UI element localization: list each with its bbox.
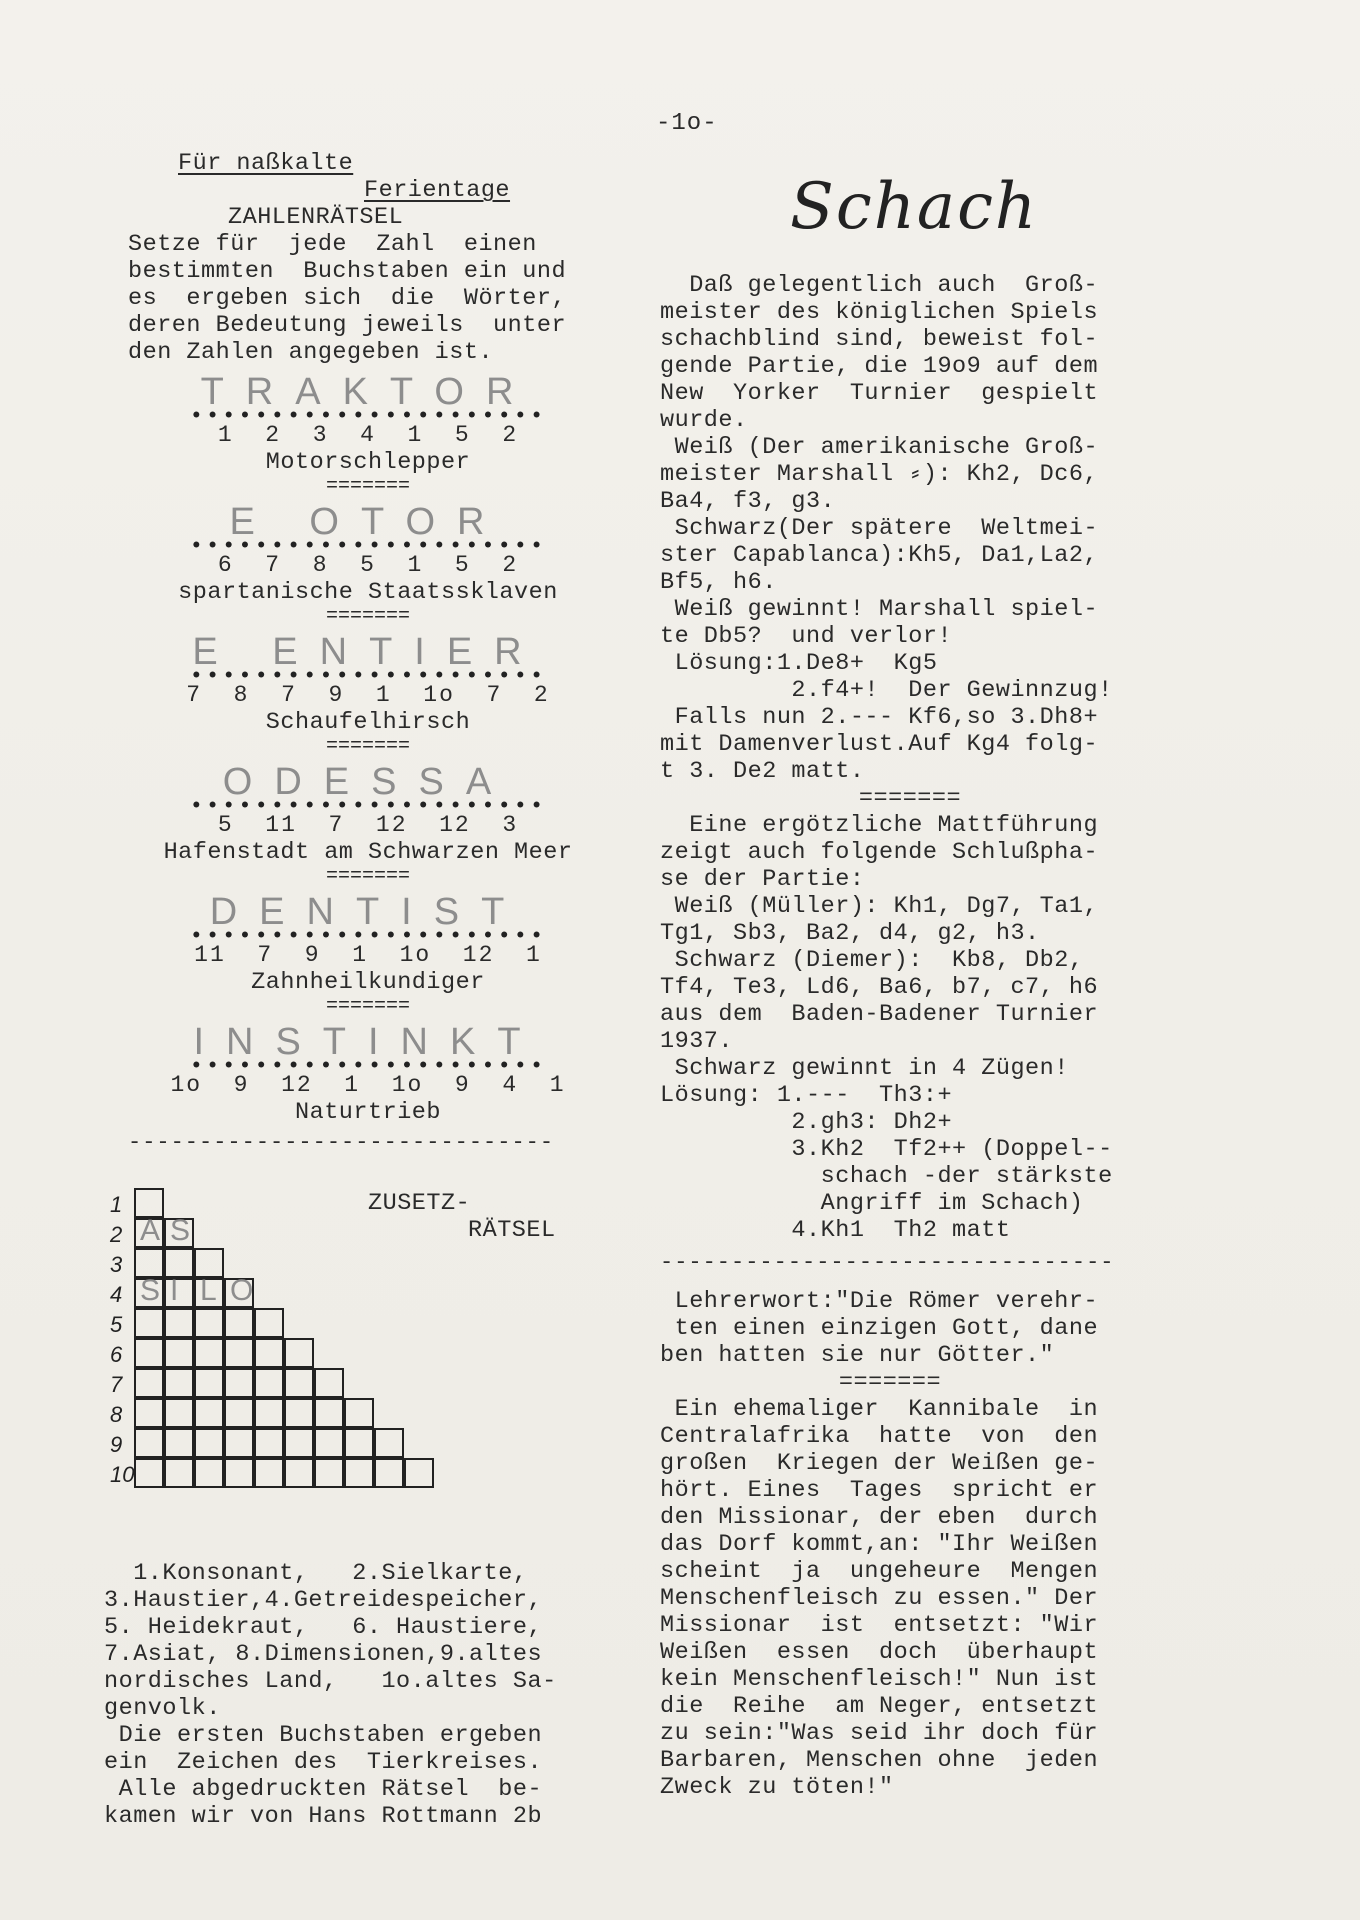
number-puzzle: E ENTIER••••••••••••••••••••••7 8 7 9 1 …	[158, 632, 578, 758]
chess-article-2: Eine ergötzliche Mattführungzeigt auch f…	[660, 812, 1180, 1244]
separator: =======	[720, 785, 1100, 812]
grid-cell[interactable]	[374, 1428, 404, 1458]
grid-cell[interactable]	[314, 1368, 344, 1398]
grid-cell[interactable]	[164, 1308, 194, 1338]
text-line: se der Partie:	[660, 866, 1180, 893]
text-line: die Reihe am Neger, entsetzt	[660, 1693, 1180, 1720]
text-line: 1937.	[660, 1028, 1180, 1055]
grid-cell[interactable]	[254, 1428, 284, 1458]
text-line: 2.gh3: Dh2+	[660, 1109, 1180, 1136]
grid-cell[interactable]	[314, 1428, 344, 1458]
separator: =======	[158, 866, 578, 888]
grid-cell[interactable]	[344, 1428, 374, 1458]
text-line: zu sein:"Was seid ihr doch für	[660, 1720, 1180, 1747]
text-line: 3.Kh2 Tf2++ (Doppel--	[660, 1136, 1180, 1163]
grid-cell[interactable]	[224, 1368, 254, 1398]
text-line: 3.Haustier,4.Getreidespeicher,	[104, 1587, 624, 1614]
text-line: Tf4, Te3, Ld6, Ba6, b7, c7, h6	[660, 974, 1180, 1001]
section-divider: --------------------------------	[660, 1250, 1180, 1276]
text-line: t 3. De2 matt.	[660, 758, 1180, 785]
number-code: 7 8 7 9 1 1o 7 2	[158, 682, 578, 709]
text-line: ster Capablanca):Kh5, Da1,La2,	[660, 542, 1180, 569]
text-line: nordisches Land, 1o.altes Sa-	[104, 1668, 624, 1695]
joke-kannibale: Ein ehemaliger Kannibale inCentralafrika…	[660, 1396, 1180, 1801]
grid-cell[interactable]	[164, 1278, 194, 1308]
text-line: Menschenfleisch zu essen." Der	[660, 1585, 1180, 1612]
text-line: New Yorker Turnier gespielt	[660, 380, 1180, 407]
clue: spartanische Staatssklaven	[158, 579, 578, 606]
grid-cell[interactable]	[344, 1458, 374, 1488]
left-column: Für naßkalte Ferientage ZAHLENRÄTSEL Set…	[128, 150, 638, 1156]
grid-cell[interactable]	[314, 1398, 344, 1428]
number-code: 6 7 8 5 1 5 2	[158, 552, 578, 579]
text-line: 5. Heidekraut, 6. Haustiere,	[104, 1614, 624, 1641]
page-number: -1o-	[656, 110, 718, 137]
text-line: das Dorf kommt,an: "Ihr Weißen	[660, 1531, 1180, 1558]
text-line: Ein ehemaliger Kannibale in	[660, 1396, 1180, 1423]
puzzle-intro: Setze für jede Zahl einenbestimmten Buch…	[128, 231, 638, 366]
grid-cell[interactable]	[254, 1458, 284, 1488]
grid-row-label: 3	[110, 1252, 130, 1278]
number-puzzle: E OTOR••••••••••••••••••••••6 7 8 5 1 5 …	[158, 502, 578, 628]
separator: =======	[158, 606, 578, 628]
grid-cell[interactable]	[164, 1338, 194, 1368]
text-line: meister Marshall ⸗): Kh2, Dc6,	[660, 461, 1180, 488]
text-line: Die ersten Buchstaben ergeben	[104, 1722, 624, 1749]
text-line: te Db5? und verlor!	[660, 623, 1180, 650]
number-code: 5 11 7 12 12 3	[158, 812, 578, 839]
dotted-answer-line: ••••••••••••••••••••••	[158, 542, 578, 552]
clue: Zahnheilkundiger	[158, 969, 578, 996]
grid-cell[interactable]	[224, 1338, 254, 1368]
number-code: 1 2 3 4 1 5 2	[158, 422, 578, 449]
grid-cell[interactable]	[374, 1458, 404, 1488]
grid-cell[interactable]	[224, 1398, 254, 1428]
grid-cell[interactable]	[224, 1458, 254, 1488]
grid-cell[interactable]	[254, 1368, 284, 1398]
grid-cell[interactable]	[194, 1368, 224, 1398]
text-line: Barbaren, Menschen ohne jeden	[660, 1747, 1180, 1774]
text-line: Weiß (Der amerikanische Groß-	[660, 434, 1180, 461]
text-line: 2.f4+! Der Gewinnzug!	[660, 677, 1180, 704]
text-line: bestimmten Buchstaben ein und	[128, 258, 638, 285]
grid-cell[interactable]	[134, 1338, 164, 1368]
text-line: den Zahlen angegeben ist.	[128, 339, 638, 366]
text-line: zeigt auch folgende Schlußpha-	[660, 839, 1180, 866]
separator: =======	[158, 736, 578, 758]
text-line: Lösung:1.De8+ Kg5	[660, 650, 1180, 677]
grid-cell[interactable]	[404, 1458, 434, 1488]
text-line: Daß gelegentlich auch Groß-	[660, 272, 1180, 299]
text-line: meister des königlichen Spiels	[660, 299, 1180, 326]
grid-row-label: 1	[110, 1192, 130, 1218]
number-puzzles: TRAKTOR••••••••••••••••••••••1 2 3 4 1 5…	[128, 372, 638, 1126]
clue: Schaufelhirsch	[158, 709, 578, 736]
text-line: aus dem Baden-Badener Turnier	[660, 1001, 1180, 1028]
chess-title: Schach	[790, 170, 1038, 244]
grid-cell[interactable]	[134, 1458, 164, 1488]
text-line: Eine ergötzliche Mattführung	[660, 812, 1180, 839]
separator: =======	[700, 1369, 1080, 1396]
grid-cell[interactable]	[194, 1338, 224, 1368]
handwritten-letter: A	[140, 1214, 160, 1248]
text-line: Schwarz (Diemer): Kb8, Db2,	[660, 947, 1180, 974]
text-line: Weißen essen doch überhaupt	[660, 1639, 1180, 1666]
text-line: 4.Kh1 Th2 matt	[660, 1217, 1180, 1244]
zusetz-clues: 1.Konsonant, 2.Sielkarte,3.Haustier,4.Ge…	[104, 1560, 624, 1830]
section-heading-line1: Für naßkalte	[178, 150, 638, 177]
grid-cell[interactable]	[224, 1308, 254, 1338]
text-line: kein Menschenfleisch!" Nun ist	[660, 1666, 1180, 1693]
text-line: Ba4, f3, g3.	[660, 488, 1180, 515]
number-puzzle: TRAKTOR••••••••••••••••••••••1 2 3 4 1 5…	[158, 372, 578, 498]
text-line: wurde.	[660, 407, 1180, 434]
grid-cell[interactable]	[284, 1368, 314, 1398]
grid-row-label: 6	[110, 1342, 130, 1368]
text-line: schach -der stärkste	[660, 1163, 1180, 1190]
dotted-answer-line: ••••••••••••••••••••••	[158, 672, 578, 682]
grid-cell[interactable]	[344, 1398, 374, 1428]
separator: =======	[158, 996, 578, 1018]
grid-row-label: 5	[110, 1312, 130, 1338]
grid-cell[interactable]	[134, 1428, 164, 1458]
number-puzzle: ODESSA••••••••••••••••••••••5 11 7 12 12…	[158, 762, 578, 888]
text-line: schachblind sind, beweist fol-	[660, 326, 1180, 353]
handwritten-letter: S	[140, 1274, 160, 1308]
grid-cell[interactable]	[134, 1368, 164, 1398]
text-line: Schwarz(Der spätere Weltmei-	[660, 515, 1180, 542]
grid-cell[interactable]	[164, 1398, 194, 1428]
text-line: genvolk.	[104, 1695, 624, 1722]
dotted-answer-line: ••••••••••••••••••••••	[158, 412, 578, 422]
text-line: den Missionar, der eben durch	[660, 1504, 1180, 1531]
grid-row-label: 9	[110, 1432, 130, 1458]
clue: Hafenstadt am Schwarzen Meer	[158, 839, 578, 866]
number-puzzle: DENTIST••••••••••••••••••••••11 7 9 1 1o…	[158, 892, 578, 1018]
dotted-answer-line: ••••••••••••••••••••••	[158, 802, 578, 812]
handwritten-letter: S	[170, 1214, 190, 1248]
text-line: hört. Eines Tages spricht er	[660, 1477, 1180, 1504]
text-line: Weiß gewinnt! Marshall spiel-	[660, 596, 1180, 623]
text-line: 7.Asiat, 8.Dimensionen,9.altes	[104, 1641, 624, 1668]
grid-cell[interactable]	[254, 1338, 284, 1368]
grid-cell[interactable]	[194, 1428, 224, 1458]
grid-row-label: 10	[110, 1462, 130, 1488]
joke-lehrerwort: Lehrerwort:"Die Römer verehr- ten einen …	[660, 1288, 1180, 1369]
section-heading-line2: Ferientage	[364, 177, 638, 204]
text-line: Tg1, Sb3, Ba2, d4, g2, h3.	[660, 920, 1180, 947]
text-line: ben hatten sie nur Götter."	[660, 1342, 1180, 1369]
number-code: 11 7 9 1 1o 12 1	[158, 942, 578, 969]
grid-cell[interactable]	[164, 1428, 194, 1458]
text-line: Lösung: 1.--- Th3:+	[660, 1082, 1180, 1109]
text-line: scheint ja ungeheure Mengen	[660, 1558, 1180, 1585]
text-line: großen Kriegen der Weißen ge-	[660, 1450, 1180, 1477]
puzzle-title-zahlenraetsel: ZAHLENRÄTSEL	[228, 204, 638, 231]
right-column: Daß gelegentlich auch Groß-meister des k…	[660, 272, 1180, 1801]
text-line: mit Damenverlust.Auf Kg4 folg-	[660, 731, 1180, 758]
grid-row-label: 2	[110, 1222, 130, 1248]
grid-cell[interactable]	[194, 1458, 224, 1488]
grid-row-label: 4	[110, 1282, 130, 1308]
text-line: deren Bedeutung jeweils unter	[128, 312, 638, 339]
text-line: Angriff im Schach)	[660, 1190, 1180, 1217]
zusetz-grid: 12345678910ASSILO	[110, 1190, 510, 1540]
grid-cell[interactable]	[254, 1308, 284, 1338]
number-code: 1o 9 12 1 1o 9 4 1	[158, 1072, 578, 1099]
text-line: kamen wir von Hans Rottmann 2b	[104, 1803, 624, 1830]
separator: =======	[158, 476, 578, 498]
text-line: Alle abgedruckten Rätsel be-	[104, 1776, 624, 1803]
text-line: ein Zeichen des Tierkreises.	[104, 1749, 624, 1776]
grid-cell[interactable]	[224, 1428, 254, 1458]
handwritten-letter: I	[170, 1274, 178, 1308]
clue: Naturtrieb	[158, 1099, 578, 1126]
grid-cell[interactable]	[284, 1338, 314, 1368]
grid-cell[interactable]	[284, 1398, 314, 1428]
text-line: Bf5, h6.	[660, 569, 1180, 596]
dotted-answer-line: ••••••••••••••••••••••	[158, 932, 578, 942]
text-line: Lehrerwort:"Die Römer verehr-	[660, 1288, 1180, 1315]
grid-cell[interactable]	[164, 1458, 194, 1488]
text-line: 1.Konsonant, 2.Sielkarte,	[104, 1560, 624, 1587]
text-line: Centralafrika hatte von den	[660, 1423, 1180, 1450]
grid-cell[interactable]	[164, 1248, 194, 1278]
text-line: Zweck zu töten!"	[660, 1774, 1180, 1801]
text-line: Weiß (Müller): Kh1, Dg7, Ta1,	[660, 893, 1180, 920]
grid-row-label: 8	[110, 1402, 130, 1428]
text-line: ten einen einzigen Gott, dane	[660, 1315, 1180, 1342]
grid-cell[interactable]	[194, 1398, 224, 1428]
handwritten-letter: L	[200, 1274, 217, 1308]
text-line: Missionar ist entsetzt: "Wir	[660, 1612, 1180, 1639]
grid-cell[interactable]	[164, 1368, 194, 1398]
grid-row-label: 7	[110, 1372, 130, 1398]
text-line: Schwarz gewinnt in 4 Zügen!	[660, 1055, 1180, 1082]
grid-cell[interactable]	[284, 1458, 314, 1488]
text-line: Falls nun 2.--- Kf6,so 3.Dh8+	[660, 704, 1180, 731]
grid-cell[interactable]	[134, 1398, 164, 1428]
number-puzzle: INSTINKT••••••••••••••••••••••1o 9 12 1 …	[158, 1022, 578, 1126]
grid-cell[interactable]	[314, 1458, 344, 1488]
text-line: es ergeben sich die Wörter,	[128, 285, 638, 312]
handwritten-letter: O	[230, 1274, 253, 1308]
dotted-answer-line: ••••••••••••••••••••••	[158, 1062, 578, 1072]
grid-cell[interactable]	[134, 1308, 164, 1338]
text-line: Setze für jede Zahl einen	[128, 231, 638, 258]
chess-article-1: Daß gelegentlich auch Groß-meister des k…	[660, 272, 1180, 785]
section-divider: ------------------------------	[128, 1130, 628, 1156]
text-line: gende Partie, die 19o9 auf dem	[660, 353, 1180, 380]
grid-cell[interactable]	[254, 1398, 284, 1428]
grid-cell[interactable]	[284, 1428, 314, 1458]
clue: Motorschlepper	[158, 449, 578, 476]
grid-cell[interactable]	[194, 1308, 224, 1338]
